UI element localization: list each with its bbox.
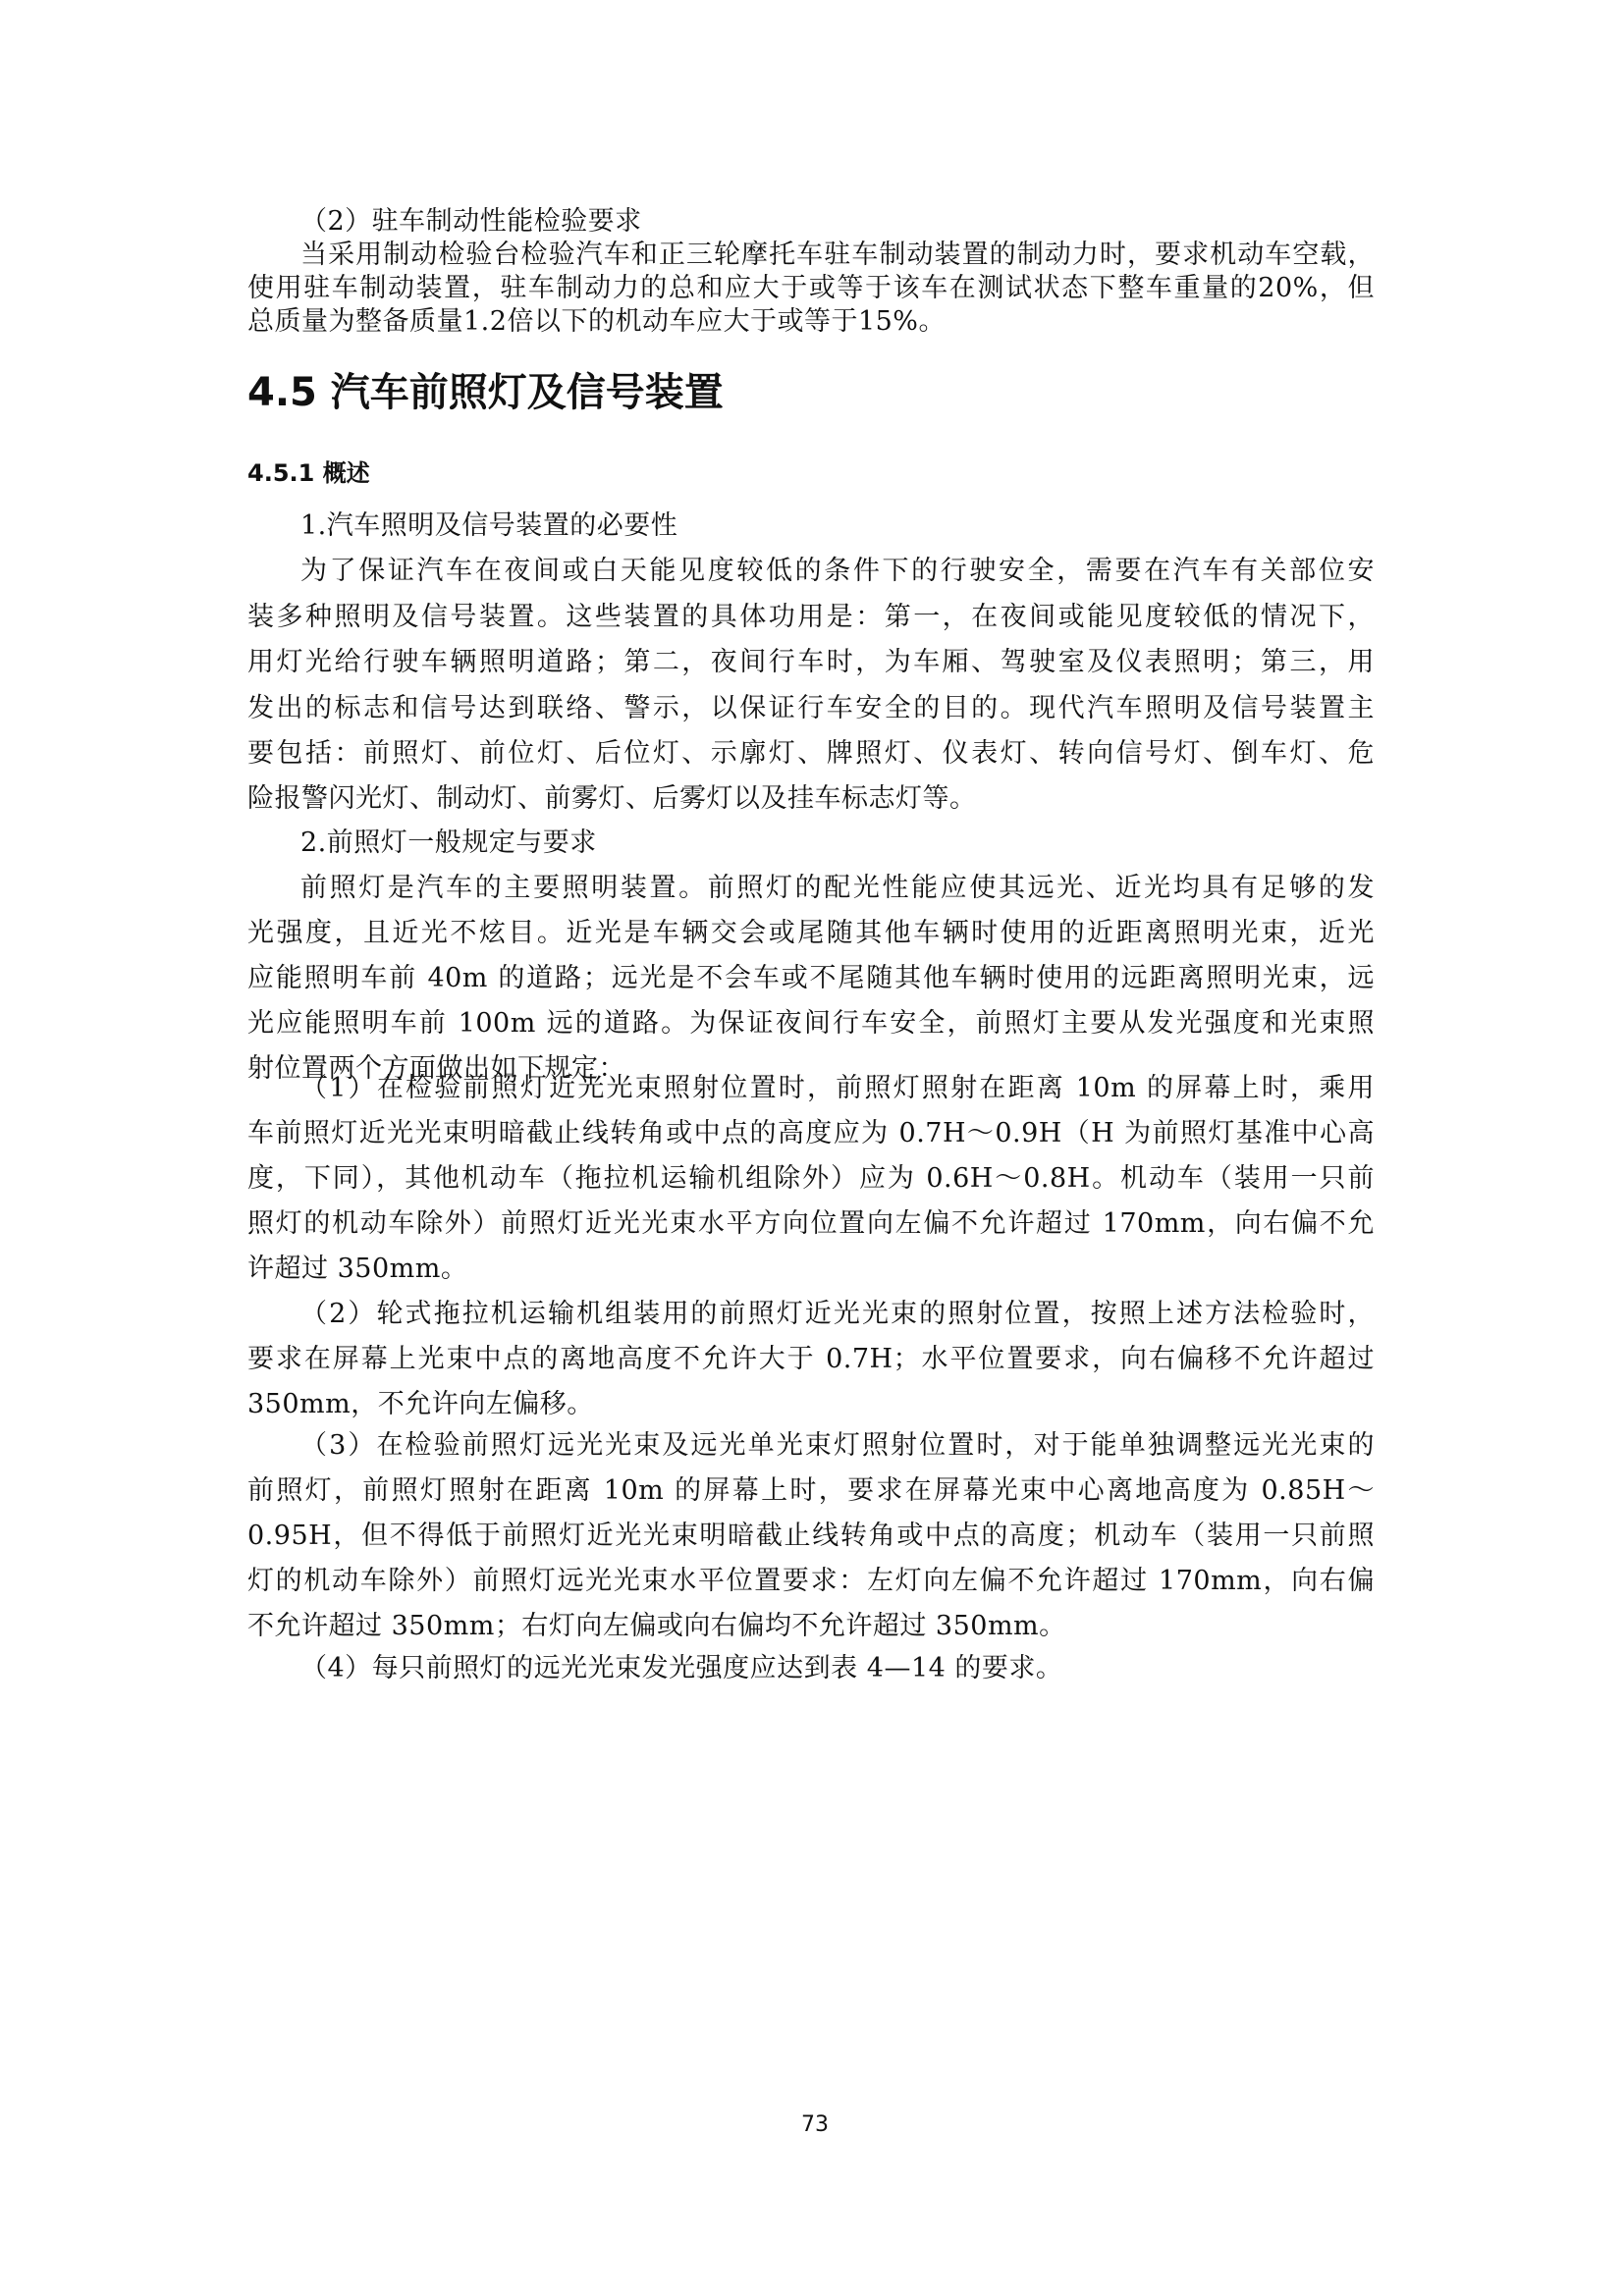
- rule-1-line: 车前照灯近光光束明暗截止线转角或中点的高度应为 0.7H～0.9H（H 为前照灯…: [247, 1118, 1375, 1149]
- rule-4-line: （4）每只前照灯的远光光束发光强度应达到表 4—14 的要求。: [300, 1653, 1062, 1684]
- paragraph-line: 用灯光给行驶车辆照明道路；第二，夜间行车时，为车厢、驾驶室及仪表照明；第三，用: [247, 647, 1375, 678]
- section-title: 4.5 汽车前照灯及信号装置: [247, 361, 724, 417]
- rule-1-line: 许超过 350mm。: [247, 1254, 467, 1285]
- paragraph-line: 为了保证汽车在夜间或白天能见度较低的条件下的行驶安全，需要在汽车有关部位安: [300, 556, 1375, 587]
- rule-2-line: （2）轮式拖拉机运输机组装用的前照灯近光光束的照射位置，按照上述方法检验时，: [300, 1299, 1375, 1330]
- rule-2-line: 350mm，不允许向左偏移。: [247, 1389, 594, 1420]
- paragraph-line: 使用驻车制动装置，驻车制动力的总和应大于或等于该车在测试状态下整车重量的20%，…: [247, 273, 1375, 304]
- rule-1-line: 照灯的机动车除外）前照灯近光光束水平方向位置向左偏不允许超过 170mm，向右偏…: [247, 1208, 1375, 1240]
- paragraph-line: 总质量为整备质量1.2倍以下的机动车应大于或等于15%。: [247, 306, 946, 338]
- paragraph-line: 光强度，且近光不炫目。近光是车辆交会或尾随其他车辆时使用的近距离照明光束，近光: [247, 918, 1375, 949]
- paragraph-line: 当采用制动检验台检验汽车和正三轮摩托车驻车制动装置的制动力时，要求机动车空载，: [300, 240, 1375, 271]
- paragraph-line: 险报警闪光灯、制动灯、前雾灯、后雾灯以及挂车标志灯等。: [247, 783, 977, 815]
- rule-3-line: 灯的机动车除外）前照灯远光光束水平位置要求：左灯向左偏不允许超过 170mm，向…: [247, 1566, 1375, 1597]
- rule-1-line: 度，下同），其他机动车（拖拉机运输机组除外）应为 0.6H～0.8H。机动车（装…: [247, 1163, 1375, 1195]
- subsection-title: 4.5.1 概述: [247, 454, 370, 488]
- page-number: 73: [801, 2112, 829, 2137]
- item-heading-1: 1.汽车照明及信号装置的必要性: [300, 510, 677, 542]
- paragraph-line: 发出的标志和信号达到联络、警示，以保证行车安全的目的。现代汽车照明及信号装置主: [247, 693, 1375, 724]
- paragraph-line: 前照灯是汽车的主要照明装置。前照灯的配光性能应使其远光、近光均具有足够的发: [300, 873, 1375, 904]
- rule-3-line: 不允许超过 350mm；右灯向左偏或向右偏均不允许超过 350mm。: [247, 1611, 1066, 1642]
- paragraph-line: 应能照明车前 40m 的道路；远光是不会车或不尾随其他车辆时使用的远距离照明光束…: [247, 963, 1375, 994]
- rule-1-line: （1）在检验前照灯近光光束照射位置时，前照灯照射在距离 10m 的屏幕上时，乘用: [300, 1073, 1375, 1104]
- rule-3-line: （3）在检验前照灯远光光束及远光单光束灯照射位置时，对于能单独调整远光光束的: [300, 1430, 1375, 1462]
- subheading-parking-brake: （2）驻车制动性能检验要求: [300, 206, 642, 238]
- paragraph-line: 光应能照明车前 100m 远的道路。为保证夜间行车安全，前照灯主要从发光强度和光…: [247, 1008, 1375, 1040]
- paragraph-line: 装多种照明及信号装置。这些装置的具体功用是：第一，在夜间或能见度较低的情况下，: [247, 602, 1375, 633]
- rule-3-line: 0.95H，但不得低于前照灯近光光束明暗截止线转角或中点的高度；机动车（装用一只…: [247, 1521, 1375, 1552]
- rule-3-line: 前照灯，前照灯照射在距离 10m 的屏幕上时，要求在屏幕光束中心离地高度为 0.…: [247, 1475, 1375, 1507]
- item-heading-2: 2.前照灯一般规定与要求: [300, 828, 597, 859]
- rule-2-line: 要求在屏幕上光束中点的离地高度不允许大于 0.7H；水平位置要求，向右偏移不允许…: [247, 1344, 1375, 1375]
- paragraph-line: 要包括：前照灯、前位灯、后位灯、示廓灯、牌照灯、仪表灯、转向信号灯、倒车灯、危: [247, 738, 1375, 770]
